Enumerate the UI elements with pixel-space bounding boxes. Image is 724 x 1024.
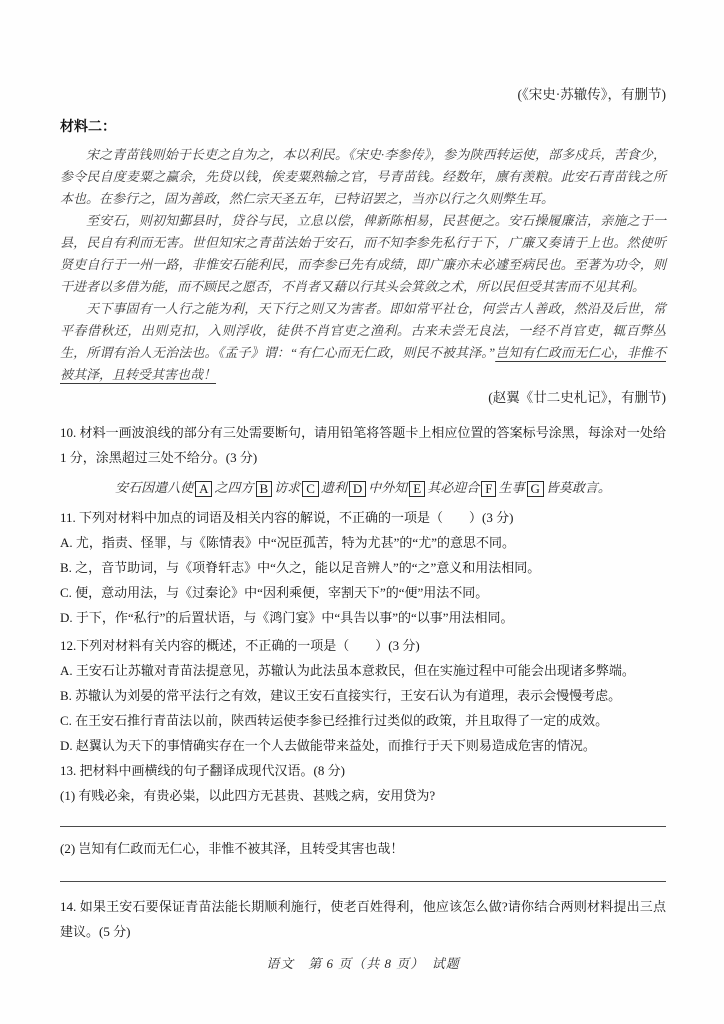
question-11: 11. 下列对材料中加点的词语及相关内容的解说，不正确的一项是（ ）(3 分) … [60, 505, 666, 630]
break-option-box-a[interactable]: A [195, 481, 212, 497]
question-13-sub-2: (2) 岂知有仁政而无仁心，非惟不被其泽，且转受其害也哉！ [60, 836, 666, 862]
sentence-segment: 之四方 [214, 480, 253, 495]
sentence-segment: 生事 [498, 480, 524, 495]
break-option-box-b[interactable]: B [256, 481, 273, 497]
sentence-segment: 中外知 [368, 480, 407, 495]
material2-label: 材料二： [60, 116, 666, 136]
question-12-option-d[interactable]: D. 赵翼认为天下的事情确实存在一个人去做能带来益处，而推行于天下则易造成危害的… [60, 733, 666, 758]
exam-page: (《宋史·苏辙传》，有删节) 材料二： 宋之青苗钱则始于长吏之自为之，本以利民。… [0, 0, 724, 1024]
material2-paragraph-1: 宋之青苗钱则始于长吏之自为之，本以利民。《宋史·李参传》，参为陕西转运使，部多戍… [60, 144, 666, 210]
page-footer: 语文 第 6 页（共 8 页） 试题 [60, 953, 666, 972]
question-11-option-b[interactable]: B. 之，音节助词，与《项脊轩志》中“久之，能以足音辨人”的“之”意义和用法相同… [60, 555, 666, 580]
sentence-segment: 遗利 [321, 480, 347, 495]
sentence-segment: 访求 [274, 480, 300, 495]
break-option-box-f[interactable]: F [481, 481, 496, 497]
question-13-stem: 13. 把材料中画横线的句子翻译成现代汉语。(8 分) [60, 758, 666, 783]
question-12-option-c[interactable]: C. 在王安石推行青苗法以前，陕西转运使李参已经推行过类似的政策，并且取得了一定… [60, 708, 666, 733]
material2-citation: (赵翼《廿二史札记》，有删节) [60, 389, 666, 407]
question-11-stem: 11. 下列对材料中加点的词语及相关内容的解说，不正确的一项是（ ）(3 分) [60, 505, 666, 530]
question-12: 12.下列对材料有关内容的概述，不正确的一项是（ ）(3 分) A. 王安石让苏… [60, 633, 666, 758]
question-10-text: 10. 材料一画波浪线的部分有三处需要断句，请用铅笔将答题卡上相应位置的答案标号… [60, 420, 666, 470]
material2-text: 宋之青苗钱则始于长吏之自为之，本以利民。《宋史·李参传》，参为陕西转运使，部多戍… [60, 144, 666, 386]
question-13-sub-1: (1) 有贱必籴，有贵必粜，以此四方无甚贵、甚贱之病，安用贷为? [60, 783, 666, 809]
answer-blank-line-2[interactable] [60, 881, 666, 882]
material2-paragraph-3: 天下事固有一人行之能为利，天下行之则又为害者。即如常平社仓，何尝古人善政，然沿及… [60, 298, 666, 386]
break-option-box-e[interactable]: E [409, 481, 425, 497]
question-10-punctuation-sentence: 安石因遣八使A之四方B访求C遗利D中外知E其必迎合F生事G皆莫敢言。 [60, 475, 666, 501]
question-12-stem: 12.下列对材料有关内容的概述，不正确的一项是（ ）(3 分) [60, 633, 666, 658]
material2-paragraph-2: 至安石，则初知鄞县时，贷谷与民，立息以偿，俾新陈相易，民甚便之。安石操履廉洁，亲… [60, 210, 666, 298]
question-11-option-d[interactable]: D. 于下，作“私行”的后置状语，与《鸿门宴》中“具告以事”的“以事”用法相同。 [60, 605, 666, 630]
answer-blank-line-1[interactable] [60, 826, 666, 827]
question-14-text: 14. 如果王安石要保证青苗法能长期顺利施行，使老百姓得利，他应该怎么做?请你结… [60, 894, 666, 944]
question-12-option-a[interactable]: A. 王安石让苏辙对青苗法提意见，苏辙认为此法虽本意救民，但在实施过程中可能会出… [60, 658, 666, 683]
break-option-box-c[interactable]: C [302, 481, 319, 497]
break-option-box-d[interactable]: D [349, 481, 366, 497]
sentence-segment: 安石因遣八使 [115, 480, 193, 495]
break-option-box-g[interactable]: G [527, 481, 544, 497]
sentence-segment: 皆莫敢言。 [546, 480, 611, 495]
question-11-option-c[interactable]: C. 便，意动用法，与《过秦论》中“因利乘便，宰割天下”的“便”用法不同。 [60, 580, 666, 605]
question-12-option-b[interactable]: B. 苏辙认为刘晏的常平法行之有效，建议王安石直接实行，王安石认为有道理，表示会… [60, 683, 666, 708]
question-13: 13. 把材料中画横线的句子翻译成现代汉语。(8 分) (1) 有贱必籴，有贵必… [60, 758, 666, 882]
material1-citation: (《宋史·苏辙传》，有删节) [60, 86, 666, 104]
question-11-option-a[interactable]: A. 尤，指责、怪罪，与《陈情表》中“况臣孤苦，特为尤甚”的“尤”的意思不同。 [60, 530, 666, 555]
sentence-segment: 其必迎合 [427, 480, 479, 495]
